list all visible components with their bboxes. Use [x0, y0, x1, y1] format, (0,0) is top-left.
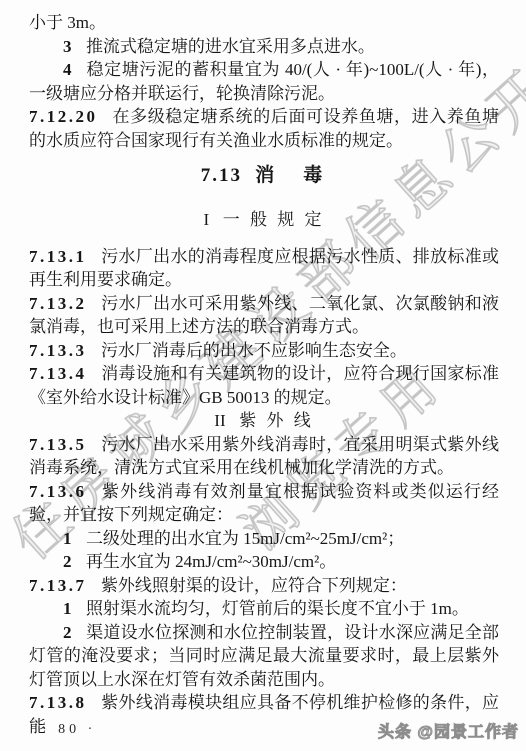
- item-number: 1: [63, 599, 72, 618]
- clause-paragraph: 7.12.20在多级稳定塘系统的后面可设养鱼塘，进入养鱼塘的水质应符合国家现行有…: [29, 105, 499, 152]
- list-item: 1二级处理的出水宜为 15mJ/cm²~25mJ/cm²；: [29, 527, 499, 551]
- clause-number: 7.13.7: [29, 576, 87, 595]
- item-number: 4: [63, 60, 72, 79]
- clause-number: 7.13.4: [29, 364, 87, 383]
- body-text: 小于 3m。: [29, 13, 106, 32]
- subsection-title: 一 般 规 定: [223, 210, 325, 229]
- list-item: 3推流式稳定塘的进水宜采用多点进水。: [29, 35, 499, 59]
- subsection-numeral: II: [214, 411, 225, 430]
- list-item: 1照射渠水流均匀，灯管前后的渠长度不宜小于 1m。: [29, 597, 499, 621]
- clause-paragraph: 7.13.1污水厂出水的消毒程度应根据污水性质、排放标准或再生利用要求确定。: [29, 245, 499, 292]
- item-number: 2: [63, 623, 72, 642]
- clause-number: 7.13.3: [29, 341, 87, 360]
- subsection-title: 紫 外 线: [239, 411, 314, 430]
- clause-paragraph: 7.13.3污水厂消毒后的出水不应影响生态安全。: [29, 339, 499, 363]
- section-heading: 7.13消 毒: [29, 163, 499, 189]
- paragraph-continuation: 小于 3m。: [29, 11, 499, 35]
- body-text: 照射渠水流均匀，灯管前后的渠长度不宜小于 1m。: [86, 599, 469, 618]
- subsection-heading-uv: II紫 外 线: [29, 409, 499, 433]
- body-text: 二级处理的出水宜为 15mJ/cm²~25mJ/cm²；: [86, 529, 404, 548]
- clause-paragraph: 7.13.5污水厂出水采用紫外线消毒时，宜采用明渠式紫外线消毒系统，清洗方式宜采…: [29, 433, 499, 480]
- clause-paragraph: 7.13.7紫外线照射渠的设计，应符合下列规定：: [29, 574, 499, 598]
- item-number: 1: [63, 529, 72, 548]
- clause-paragraph: 7.13.6紫外线消毒有效剂量宜根据试验资料或类似运行经验，并宜按下列规定确定：: [29, 480, 499, 527]
- body-text: 紫外线消毒有效剂量宜根据试验资料或类似运行经验，并宜按下列规定确定：: [29, 482, 499, 525]
- clause-number: 7.13.2: [29, 294, 87, 313]
- body-text: 渠道设水位探测和水位控制装置，设计水深应满足全部灯管的淹没要求；当同时应满足最大…: [29, 623, 499, 689]
- clause-number: 7.13.6: [29, 482, 87, 501]
- item-number: 2: [63, 552, 72, 571]
- body-text: 污水厂出水的消毒程度应根据污水性质、排放标准或再生利用要求确定。: [29, 247, 499, 290]
- document-page: 住房城乡建设部信息公开 浏览专用 小于 3m。 3推流式稳定塘的进水宜采用多点进…: [0, 0, 526, 751]
- body-text: 推流式稳定塘的进水宜采用多点进水。: [86, 37, 375, 56]
- subsection-numeral: I: [203, 210, 209, 229]
- body-text: 污水厂出水可采用紫外线、二氧化氯、次氯酸钠和液氯消毒，也可采用上述方法的联合消毒…: [29, 294, 499, 337]
- section-title: 消 毒: [255, 165, 327, 186]
- page-body: 小于 3m。 3推流式稳定塘的进水宜采用多点进水。 4稳定塘污泥的蓄积量宜为 4…: [29, 11, 499, 738]
- body-text: 污水厂消毒后的出水不应影响生态安全。: [101, 341, 407, 360]
- list-item: 2渠道设水位探测和水位控制装置，设计水深应满足全部灯管的淹没要求；当同时应满足最…: [29, 621, 499, 692]
- body-text: 稳定塘污泥的蓄积量宜为 40/(人 · 年)~100L/(人 · 年)，一级塘应…: [29, 60, 499, 103]
- page-number: · 80 ·: [42, 722, 96, 738]
- credit-watermark: 头条 @园景工作者: [378, 719, 519, 742]
- clause-number: 7.13.5: [29, 435, 87, 454]
- clause-paragraph: 7.13.4消毒设施和有关建筑物的设计，应符合现行国家标准《室外给水设计标准》G…: [29, 362, 499, 409]
- body-text: 污水厂出水采用紫外线消毒时，宜采用明渠式紫外线消毒系统，清洗方式宜采用在线机械加…: [29, 435, 499, 478]
- clause-paragraph: 7.13.2污水厂出水可采用紫外线、二氧化氯、次氯酸钠和液氯消毒，也可采用上述方…: [29, 292, 499, 339]
- subsection-heading-general: I一 般 规 定: [29, 208, 499, 232]
- clause-number: 7.13.1: [29, 247, 87, 266]
- item-number: 3: [63, 37, 72, 56]
- list-item: 2再生水宜为 24mJ/cm²~30mJ/cm²。: [29, 550, 499, 574]
- clause-number: 7.12.20: [29, 107, 98, 126]
- clause-number: 7.13.8: [29, 693, 87, 712]
- body-text: 消毒设施和有关建筑物的设计，应符合现行国家标准《室外给水设计标准》GB 5001…: [29, 364, 499, 407]
- body-text: 在多级稳定塘系统的后面可设养鱼塘，进入养鱼塘的水质应符合国家现行有关渔业水质标准…: [29, 107, 499, 150]
- body-text: 紫外线照射渠的设计，应符合下列规定：: [101, 576, 407, 595]
- body-text: 再生水宜为 24mJ/cm²~30mJ/cm²。: [86, 552, 336, 571]
- section-number: 7.13: [201, 165, 242, 186]
- list-item: 4稳定塘污泥的蓄积量宜为 40/(人 · 年)~100L/(人 · 年)，一级塘…: [29, 58, 499, 105]
